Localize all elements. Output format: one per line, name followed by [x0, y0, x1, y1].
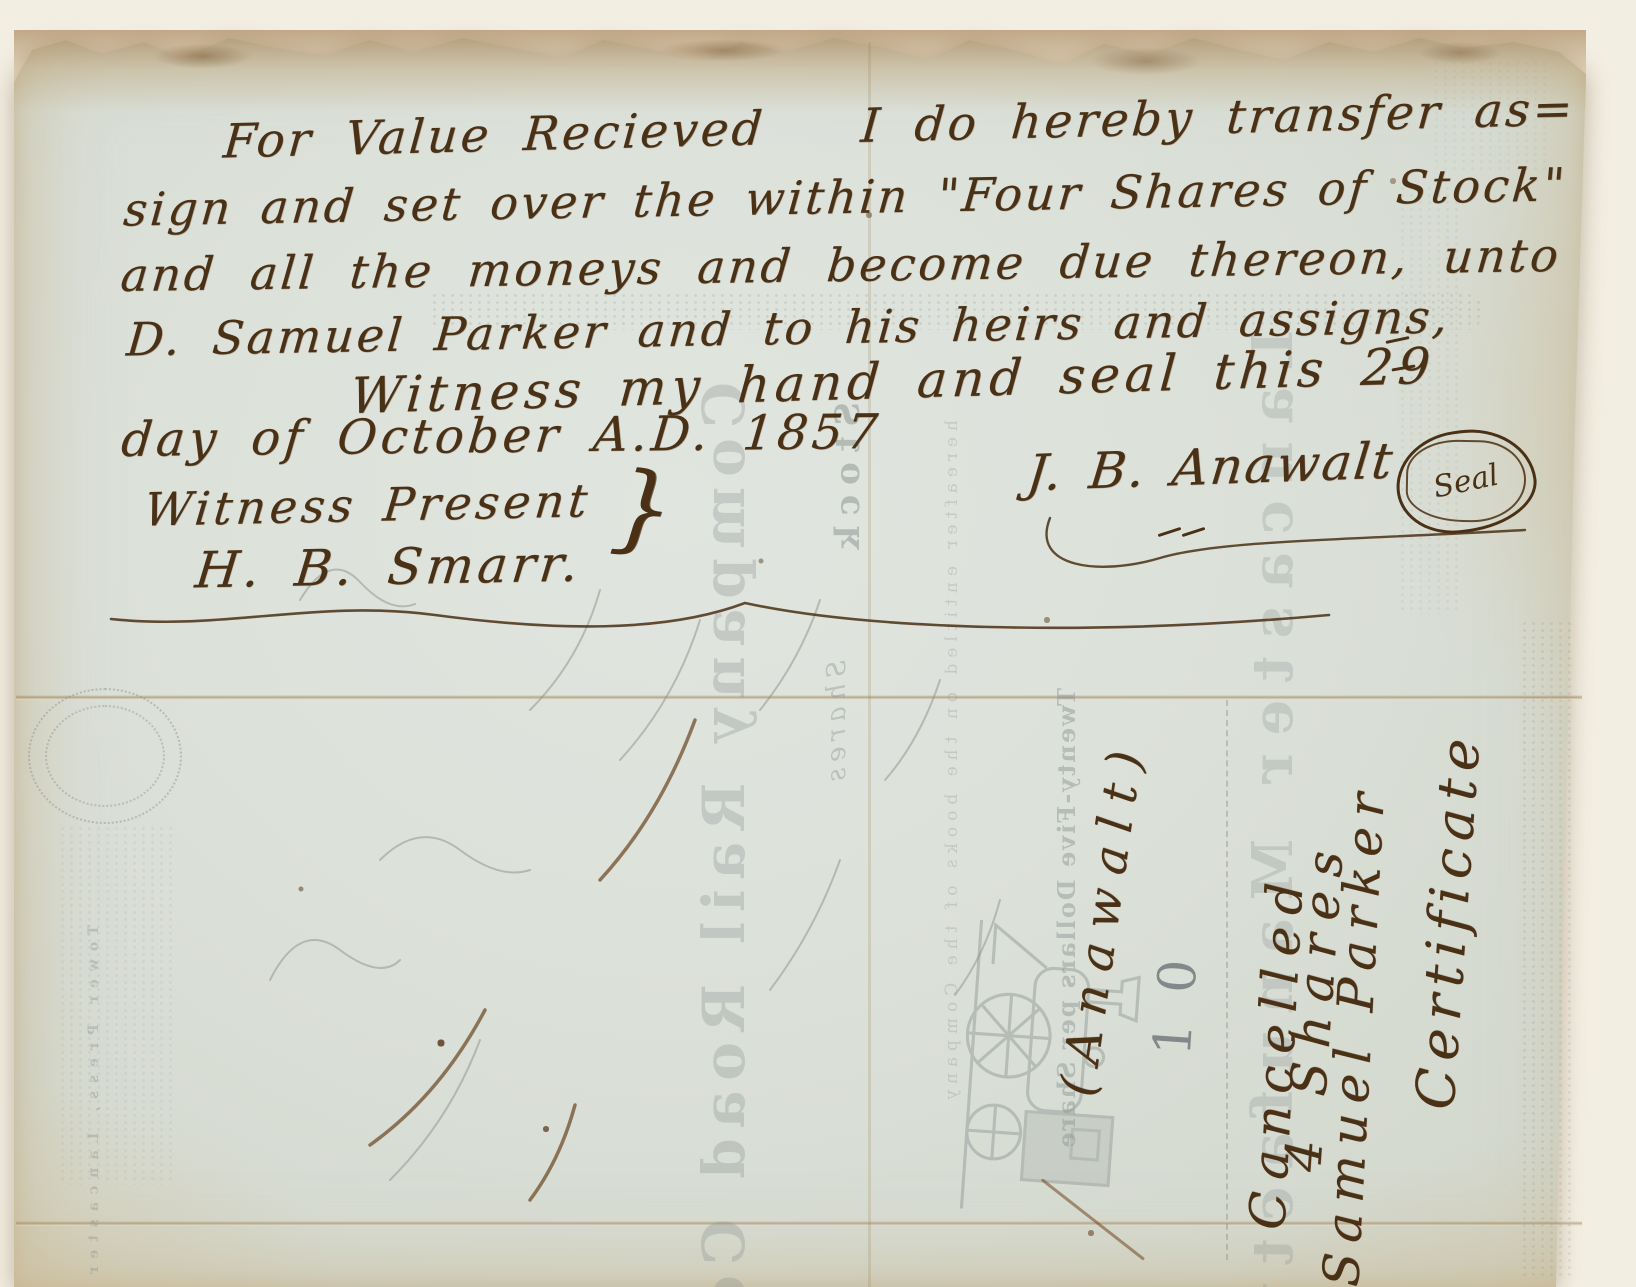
ghost-handwriting-squiggles: [180, 560, 1080, 1210]
smarr-underline-flourish: [105, 585, 1335, 645]
ghost-emboss-stamp-inner: [45, 705, 165, 807]
crease-zigzag-mark: [1226, 700, 1228, 1260]
ink-specks: [0, 0, 2, 2]
ghost-border-ornament-left: [58, 825, 178, 1185]
ghost-border-ornament-right: [1520, 620, 1576, 1280]
witness-brace: }: [606, 449, 678, 567]
photo-backdrop: Company Rail Road Compan Lancaster Manuf…: [0, 0, 1636, 1287]
witness-present-line: Witness Present: [142, 473, 594, 536]
ghost-emboss-stamp: [28, 688, 182, 824]
date-line: day of October A.D. 1857: [119, 404, 884, 468]
